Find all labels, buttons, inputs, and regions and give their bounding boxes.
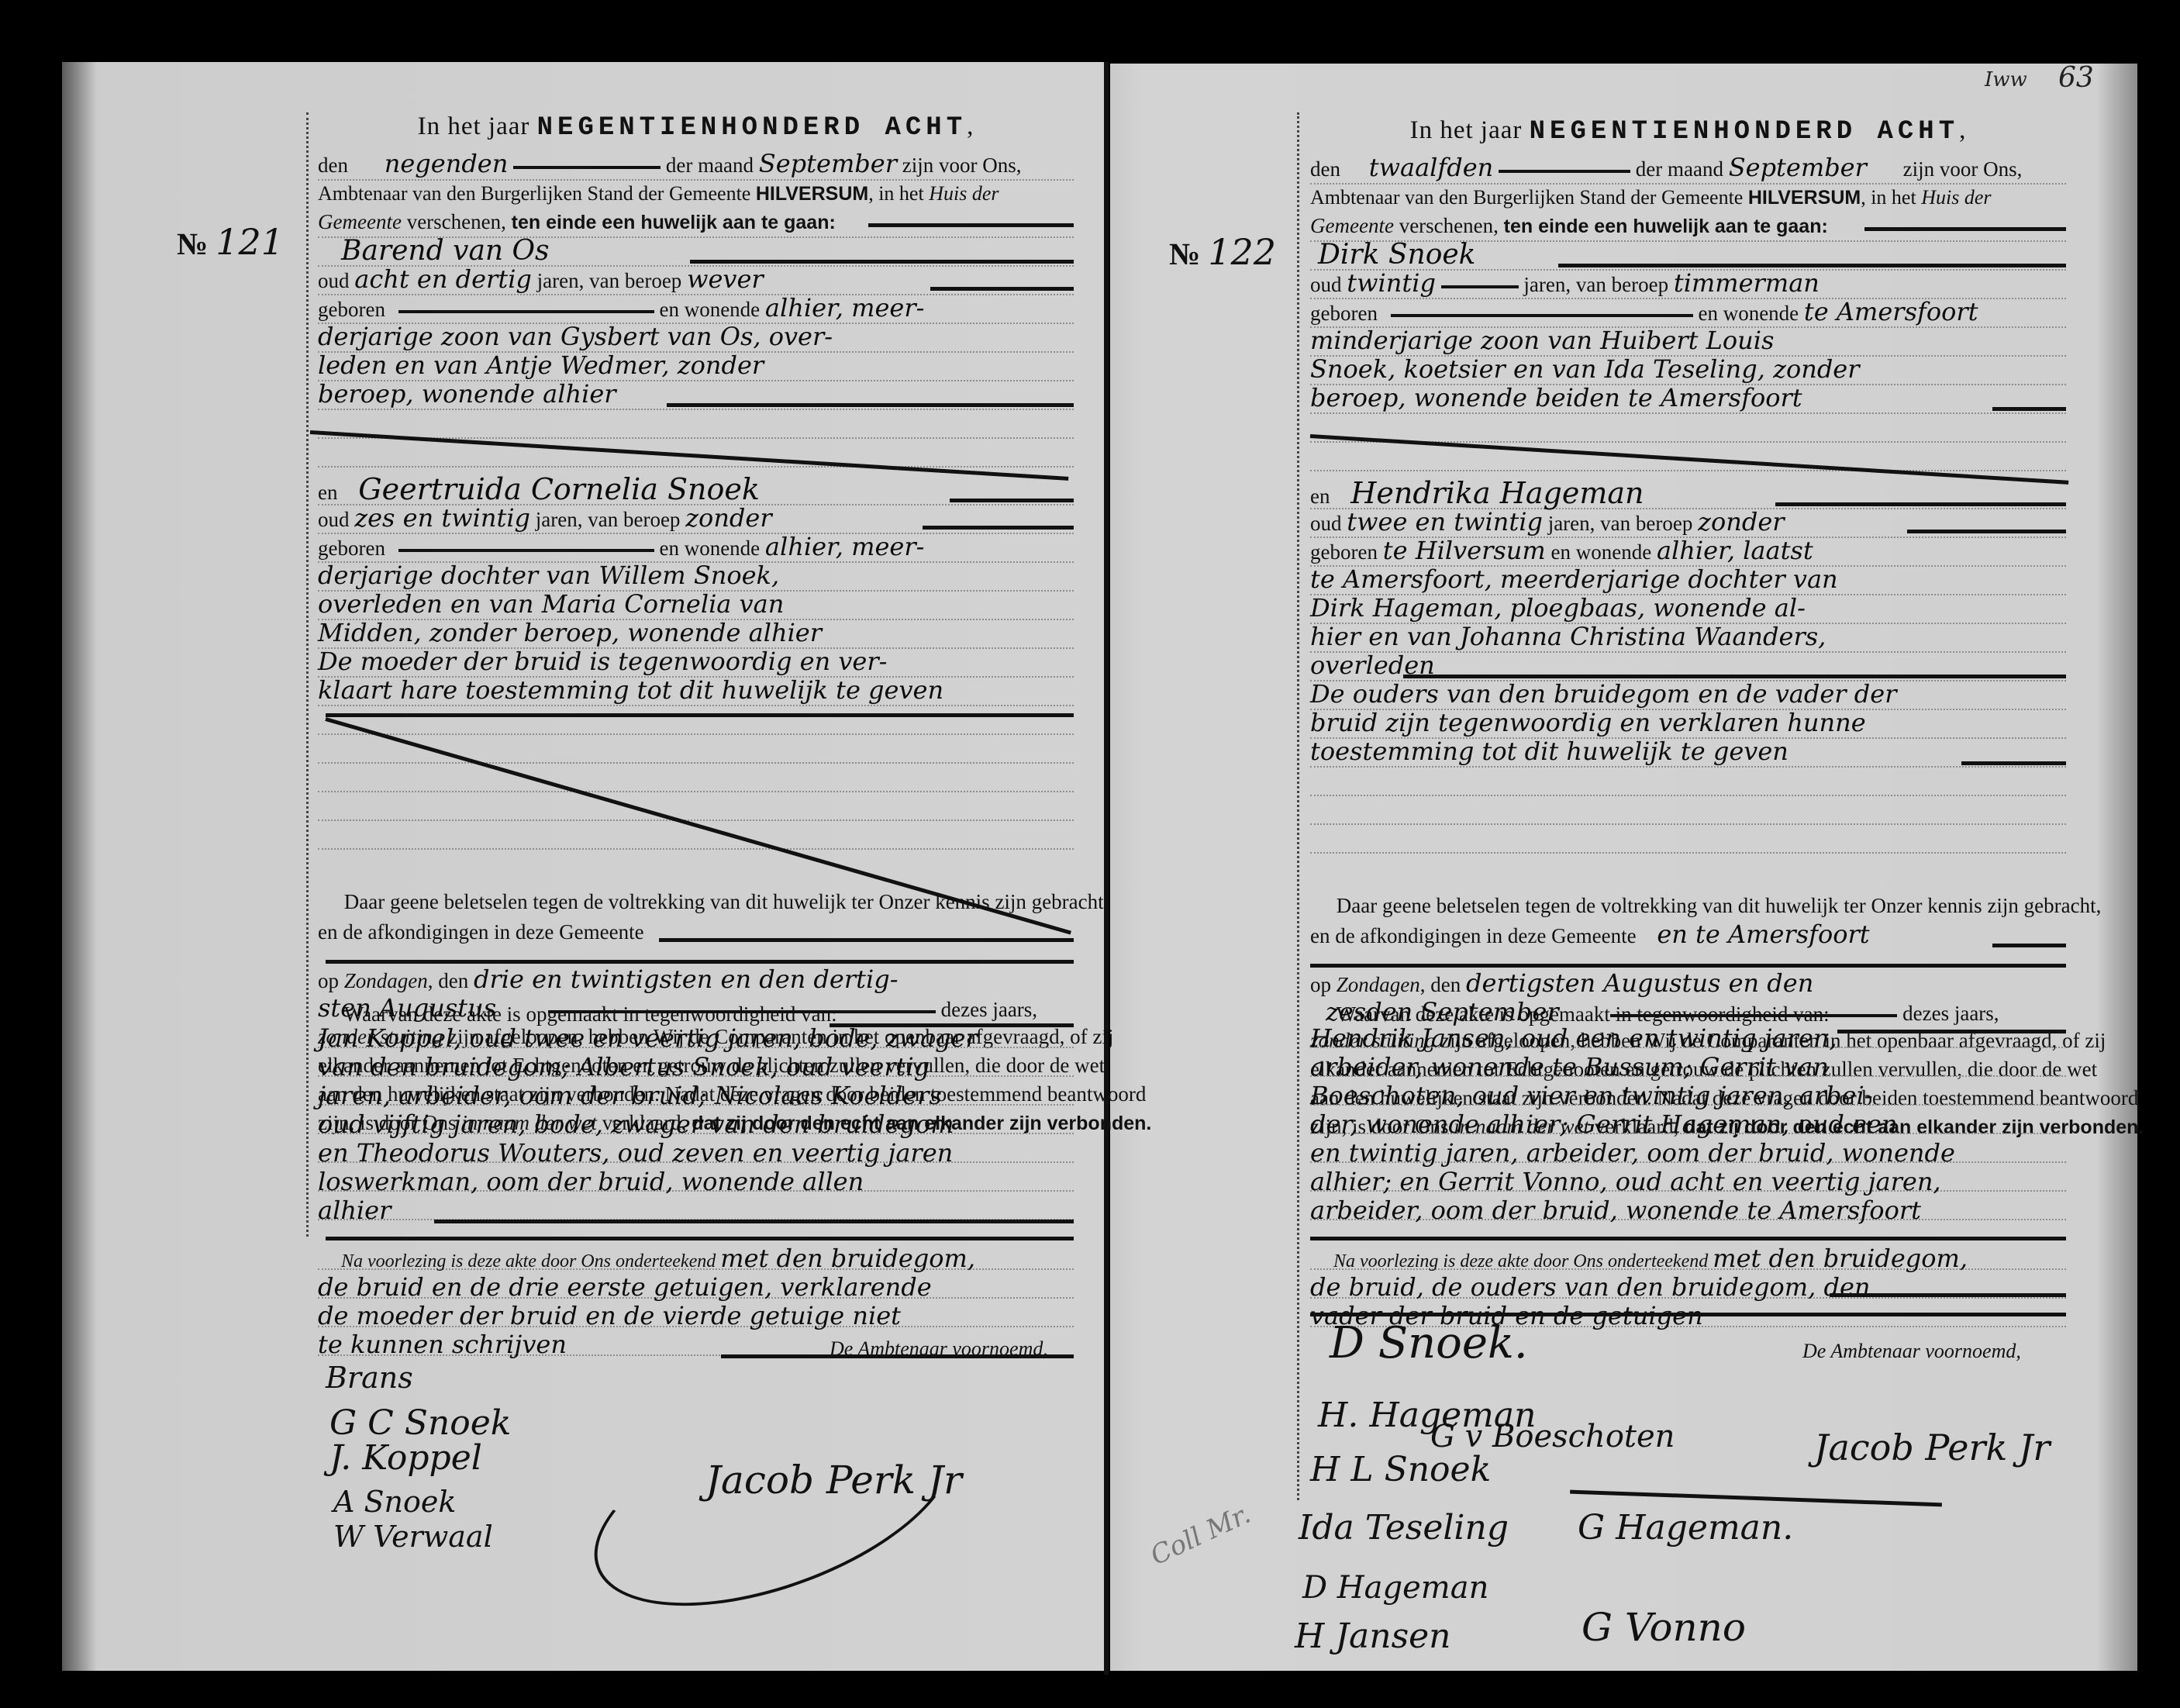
bride-age: twee en twintig xyxy=(1347,507,1543,537)
witness-line: Hendrik Jansen, oud een en twintig jaren… xyxy=(1310,1024,2066,1053)
groom-born-line: geboren en wonende alhier, meer- xyxy=(318,294,1074,324)
signature: H L Snoek xyxy=(1310,1450,1491,1489)
bride-name: Geertruida Cornelia Snoek xyxy=(358,472,760,506)
groom-age: twintig xyxy=(1347,268,1436,298)
signature: D Hageman xyxy=(1302,1570,1488,1606)
bride-residence: alhier, meer- xyxy=(765,532,925,561)
witness-line: arbeider, oom der bruid, wonende te Amer… xyxy=(1310,1196,2066,1225)
ambtenaar-line: Ambtenaar van den Burgerlijken Stand der… xyxy=(318,179,1074,209)
bride-details: bruid zijn tegenwoordig en verklaren hun… xyxy=(1310,709,2066,737)
witness-line: Boeschoten, oud vier en twintig jaren, a… xyxy=(1310,1082,2066,1110)
witness-line: Jan Koppel, oud twee en veertig jaren, b… xyxy=(318,1024,1074,1053)
no-label: № xyxy=(1169,236,1200,271)
groom-age: acht en dertig xyxy=(354,264,532,294)
signature: Ida Teseling xyxy=(1299,1508,1509,1548)
witness-line: en Theodorus Wouters, oud zeven en veert… xyxy=(318,1139,1074,1168)
year-text: NEGENTIENHONDERD ACHT xyxy=(537,113,967,143)
marriage-day: twaalfden xyxy=(1369,153,1494,182)
witness-line: der, wonende alhier; Gerrit Hageman, oud… xyxy=(1310,1110,2066,1139)
municipality: HILVERSUM xyxy=(1748,187,1861,209)
witness-line: jaren, arbeider, oom der bruid; Nicolaas… xyxy=(318,1082,1074,1110)
municipality: HILVERSUM xyxy=(756,183,868,205)
bride-details: klaart hare toestemming tot dit huwelijk… xyxy=(318,676,1074,705)
signature-groom: D Snoek. xyxy=(1330,1318,1528,1368)
bride-age: zes en twintig xyxy=(354,503,530,533)
groom-residence: te Amersfoort xyxy=(1804,297,1978,326)
signature-witness: J. Koppel xyxy=(329,1438,482,1478)
bride-details: te Amersfoort, meerderjarige dochter van xyxy=(1310,565,2066,594)
groom-residence: alhier, meer- xyxy=(765,293,925,323)
signature: H Jansen xyxy=(1295,1617,1451,1656)
bride-born-line: geboren en wonende alhier, meer- xyxy=(318,533,1074,563)
beletselen-line: Daar geene beletselen tegen de voltrekki… xyxy=(1310,892,2066,920)
date-line: den twaalfden der maand September zijn v… xyxy=(1310,154,2066,184)
marriage-month: September xyxy=(1729,153,1867,182)
bride-age-line: oud twee en twintig jaren, van beroep zo… xyxy=(1310,508,2066,538)
bride-born-line: geboren te Hilversum en wonende alhier, … xyxy=(1310,537,2066,567)
bride-details: De moeder der bruid is tegenwoordig en v… xyxy=(318,647,1074,676)
afkondigingen-extra: en te Amersfoort xyxy=(1657,920,1869,949)
header-line: In het jaar NEGENTIENHONDERD ACHT, xyxy=(318,112,1074,143)
bride-details: toestemming tot dit huwelijk te geven xyxy=(1310,737,2066,766)
ambtenaar-voornoemd: De Ambtenaar voornoemd, xyxy=(830,1337,1048,1361)
groom-occupation: wever xyxy=(687,264,764,294)
ambtenaar-voornoemd: De Ambtenaar voornoemd, xyxy=(1802,1340,2021,1363)
witness-line: loswerkman, oom der bruid, wonende allen xyxy=(318,1168,1074,1196)
afkondigingen-line: en de afkondigingen in deze Gemeente xyxy=(318,916,1074,947)
beletselen-line: Daar geene beletselen tegen de voltrekki… xyxy=(318,888,1074,916)
groom-name: Dirk Snoek xyxy=(1318,239,1475,271)
signature: G v Boeschoten xyxy=(1430,1419,1675,1454)
right-margin-line xyxy=(1297,112,1299,1500)
verschenen-line: Gemeente verschenen, ten einde een huwel… xyxy=(318,208,1074,237)
signature: Brans xyxy=(326,1361,413,1395)
bride-details: derjarige dochter van Willem Snoek, xyxy=(318,561,1074,590)
bride-details: Midden, zonder beroep, wonende alhier xyxy=(318,619,1074,647)
sundays: dertigsten Augustus en den xyxy=(1466,968,1813,998)
date-line: den negenden der maand September zijn vo… xyxy=(318,150,1074,180)
signature-witness: A Snoek xyxy=(333,1485,456,1519)
record-number-121: № 121 xyxy=(177,221,284,263)
groom-born-line: geboren en wonende te Amersfoort xyxy=(1310,298,2066,328)
bride-age-line: oud zes en twintig jaren, van beroep zon… xyxy=(318,504,1074,534)
official-signature: Jacob Perk Jr xyxy=(705,1458,962,1503)
groom-details: leden en van Antje Wedmer, zonder xyxy=(318,351,1074,380)
signature-bride: G C Snoek xyxy=(329,1403,511,1443)
groom-age-line: oud acht en dertig jaren, van beroep wev… xyxy=(318,265,1074,295)
groom-details: minderjarige zoon van Huibert Louis xyxy=(1310,326,2066,355)
groom-age-line: oud twintig jaren, van beroep timmerman xyxy=(1310,269,2066,299)
bride-details: Dirk Hageman, ploegbaas, wonende al- xyxy=(1310,594,2066,623)
signature: G Hageman. xyxy=(1578,1508,1793,1548)
record-number-value: 122 xyxy=(1208,231,1276,273)
witness-line: arbeider, wonende te Bussum; Gerrit van xyxy=(1310,1053,2066,1082)
groom-name: Barend van Os xyxy=(341,235,550,267)
official-signature: Jacob Perk Jr xyxy=(1814,1427,2050,1468)
witness-line: van den bruidegom; Albertus Snoek, oud v… xyxy=(318,1053,1074,1082)
record-number-122: № 122 xyxy=(1169,231,1276,273)
bride-residence: alhier, laatst xyxy=(1657,536,1813,565)
sundays-line: op Zondagen, den dertigsten Augustus en … xyxy=(1310,969,2066,999)
year-text: NEGENTIENHONDERD ACHT xyxy=(1530,117,1959,147)
bride-details: overleden en van Maria Cornelia van xyxy=(318,590,1074,619)
bride-details: hier en van Johanna Christina Waanders, xyxy=(1310,623,2066,651)
left-margin-line xyxy=(306,112,309,1237)
groom-details: beroep, wonende beiden te Amersfoort xyxy=(1310,384,2066,412)
witness-line: oud vijftig jaren, bode, zwager van den … xyxy=(318,1110,1074,1139)
bride-occupation: zonder xyxy=(1698,507,1784,537)
ambtenaar-line: Ambtenaar van den Burgerlijken Stand der… xyxy=(1310,183,2066,212)
afkondigingen-line: en de afkondigingen in deze Gemeente en … xyxy=(1310,920,2066,951)
bride-birthplace: te Hilversum xyxy=(1383,536,1546,565)
bride-name: Hendrika Hageman xyxy=(1350,476,1644,510)
header-line: In het jaar NEGENTIENHONDERD ACHT, xyxy=(1310,116,2066,147)
marriage-day: negenden xyxy=(385,149,509,178)
bride-occupation: zonder xyxy=(685,503,771,533)
verschenen-line: Gemeente verschenen, ten einde een huwel… xyxy=(1310,212,2066,241)
groom-details: derjarige zoon van Gysbert van Os, over- xyxy=(318,323,1074,351)
witness-line: alhier; en Gerrit Vonno, oud acht en vee… xyxy=(1310,1168,2066,1196)
record-number-value: 121 xyxy=(216,221,284,263)
witness-line: en twintig jaren, arbeider, oom der brui… xyxy=(1310,1139,2066,1168)
folio-mark: Iww xyxy=(1985,68,2027,91)
groom-details: Snoek, koetsier en van Ida Teseling, zon… xyxy=(1310,355,2066,384)
marriage-month: September xyxy=(759,149,897,178)
sundays: drie en twintigsten en den dertig- xyxy=(474,964,899,994)
signature-witness: W Verwaal xyxy=(333,1520,493,1554)
book-spine xyxy=(1104,62,1109,1675)
signature: G Vonno xyxy=(1582,1605,1746,1650)
sundays-line: op Zondagen, den drie en twintigsten en … xyxy=(318,965,1074,995)
no-label: № xyxy=(177,226,208,261)
groom-occupation: timmerman xyxy=(1674,268,1820,298)
bride-details: De ouders van den bruidegom en de vader … xyxy=(1310,680,2066,709)
folio-number: 63 xyxy=(2058,62,2094,94)
